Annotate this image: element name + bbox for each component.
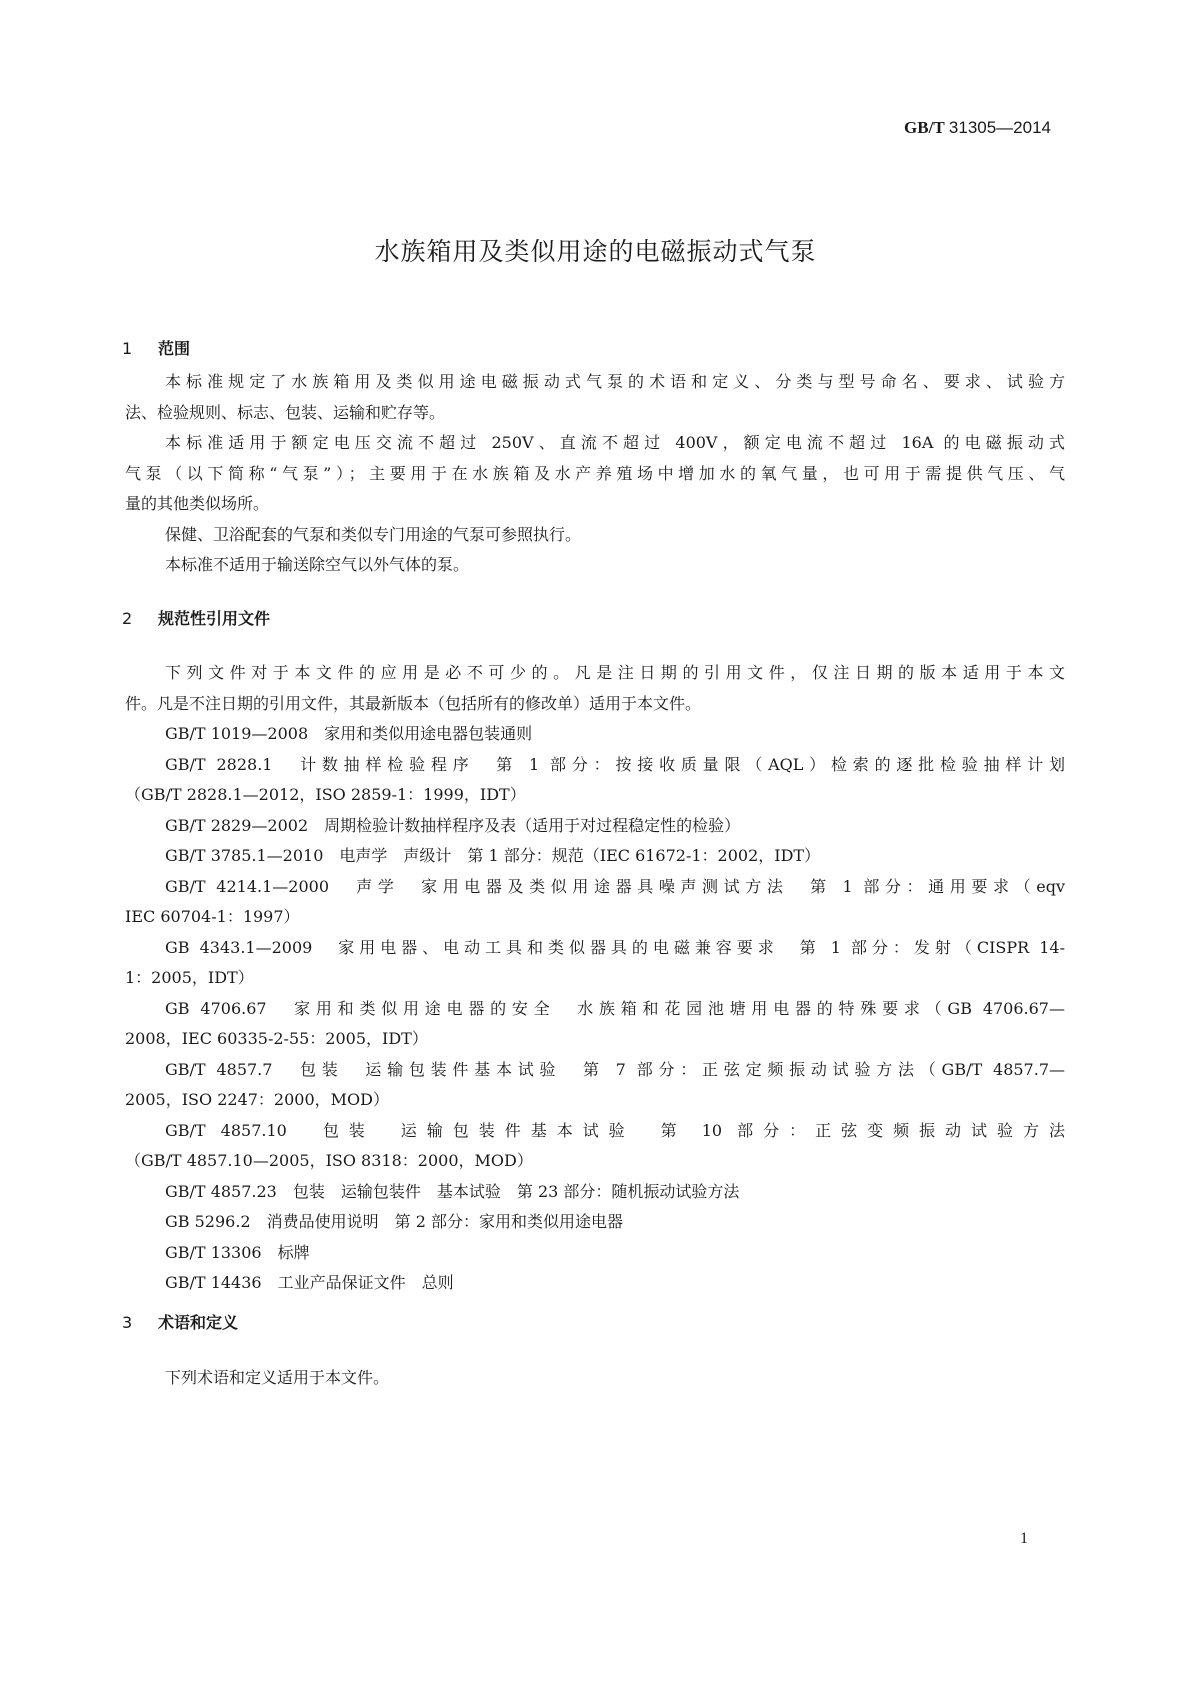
paragraph-line: 件。凡是不注日期的引用文件，其最新版本（包括所有的修改单）适用于本文件。 bbox=[125, 689, 1065, 720]
section-number: 3 bbox=[122, 1313, 158, 1332]
section-title: 范围 bbox=[158, 339, 190, 358]
reference-item-cont: （GB/T 2828.1—2012，ISO 2859-1：1999，IDT） bbox=[125, 780, 1065, 811]
paragraph-line: 下列术语和定义适用于本文件。 bbox=[125, 1363, 1065, 1394]
reference-item: GB/T 3785.1—2010 电声学 声级计 第 1 部分：规范（IEC 6… bbox=[125, 841, 1065, 872]
standard-code: 31305—2014 bbox=[949, 118, 1051, 137]
section-body-terms-definitions: 下列术语和定义适用于本文件。 bbox=[125, 1363, 1065, 1394]
paragraph-line: 量的其他类似场所。 bbox=[125, 489, 1065, 520]
reference-item: GB/T 13306 标牌 bbox=[125, 1238, 1065, 1269]
paragraph-line: 本标准适用于额定电压交流不超过 250V、直流不超过 400V，额定电流不超过 … bbox=[125, 428, 1065, 459]
section-heading-normative-references: 2规范性引用文件 bbox=[122, 606, 270, 629]
reference-item: GB/T 4214.1—2000 声学 家用电器及类似用途器具噪声测试方法 第 … bbox=[125, 872, 1065, 903]
reference-item-cont: （GB/T 4857.10—2005，ISO 8318：2000，MOD） bbox=[125, 1146, 1065, 1177]
reference-item: GB 4343.1—2009 家用电器、电动工具和类似器具的电磁兼容要求 第 1… bbox=[125, 933, 1065, 964]
reference-item: GB/T 2829—2002 周期检验计数抽样程序及表（适用于对过程稳定性的检验… bbox=[125, 811, 1065, 842]
reference-item: GB/T 1019—2008 家用和类似用途电器包装通则 bbox=[125, 719, 1065, 750]
reference-item: GB 5296.2 消费品使用说明 第 2 部分：家用和类似用途电器 bbox=[125, 1207, 1065, 1238]
paragraph-line: 本标准规定了水族箱用及类似用途电磁振动式气泵的术语和定义、分类与型号命名、要求、… bbox=[125, 367, 1065, 398]
paragraph-line: 本标准不适用于输送除空气以外气体的泵。 bbox=[125, 550, 1065, 581]
section-body-scope: 本标准规定了水族箱用及类似用途电磁振动式气泵的术语和定义、分类与型号命名、要求、… bbox=[125, 367, 1065, 581]
section-heading-terms-definitions: 3术语和定义 bbox=[122, 1310, 238, 1333]
section-number: 1 bbox=[122, 339, 158, 358]
reference-item-cont: 1：2005，IDT） bbox=[125, 963, 1065, 994]
page-number: 1 bbox=[1020, 1530, 1028, 1548]
reference-item: GB/T 4857.23 包装 运输包装件 基本试验 第 23 部分：随机振动试… bbox=[125, 1177, 1065, 1208]
reference-item: GB/T 2828.1 计数抽样检验程序 第 1 部分：按接收质量限（AQL）检… bbox=[125, 750, 1065, 781]
reference-item-cont: 2005，ISO 2247：2000，MOD） bbox=[125, 1085, 1065, 1116]
reference-item: GB/T 4857.10 包装 运输包装件基本试验 第 10 部分：正弦变频振动… bbox=[125, 1116, 1065, 1147]
standard-prefix: GB/T bbox=[904, 118, 945, 137]
reference-item: GB/T 14436 工业产品保证文件 总则 bbox=[125, 1268, 1065, 1299]
reference-item-cont: IEC 60704-1：1997） bbox=[125, 902, 1065, 933]
paragraph-line: 下列文件对于本文件的应用是必不可少的。凡是注日期的引用文件，仅注日期的版本适用于… bbox=[125, 658, 1065, 689]
reference-item-cont: 2008，IEC 60335-2-55：2005，IDT） bbox=[125, 1024, 1065, 1055]
section-body-normative-references: 下列文件对于本文件的应用是必不可少的。凡是注日期的引用文件，仅注日期的版本适用于… bbox=[125, 658, 1065, 1299]
paragraph-line: 保健、卫浴配套的气泵和类似专门用途的气泵可参照执行。 bbox=[125, 520, 1065, 551]
standard-number: GB/T 31305—2014 bbox=[904, 118, 1051, 138]
paragraph-line: 气泵（以下简称“气泵”）；主要用于在水族箱及水产养殖场中增加水的氧气量，也可用于… bbox=[125, 459, 1065, 490]
reference-item: GB/T 4857.7 包装 运输包装件基本试验 第 7 部分：正弦定频振动试验… bbox=[125, 1055, 1065, 1086]
document-title: 水族箱用及类似用途的电磁振动式气泵 bbox=[0, 232, 1191, 268]
section-number: 2 bbox=[122, 609, 158, 628]
document-page: GB/T 31305—2014 水族箱用及类似用途的电磁振动式气泵 1范围 本标… bbox=[0, 0, 1191, 1684]
section-heading-scope: 1范围 bbox=[122, 336, 190, 359]
paragraph-line: 法、检验规则、标志、包装、运输和贮存等。 bbox=[125, 398, 1065, 429]
section-title: 术语和定义 bbox=[158, 1313, 238, 1332]
reference-item: GB 4706.67 家用和类似用途电器的安全 水族箱和花园池塘用电器的特殊要求… bbox=[125, 994, 1065, 1025]
section-title: 规范性引用文件 bbox=[158, 609, 270, 628]
